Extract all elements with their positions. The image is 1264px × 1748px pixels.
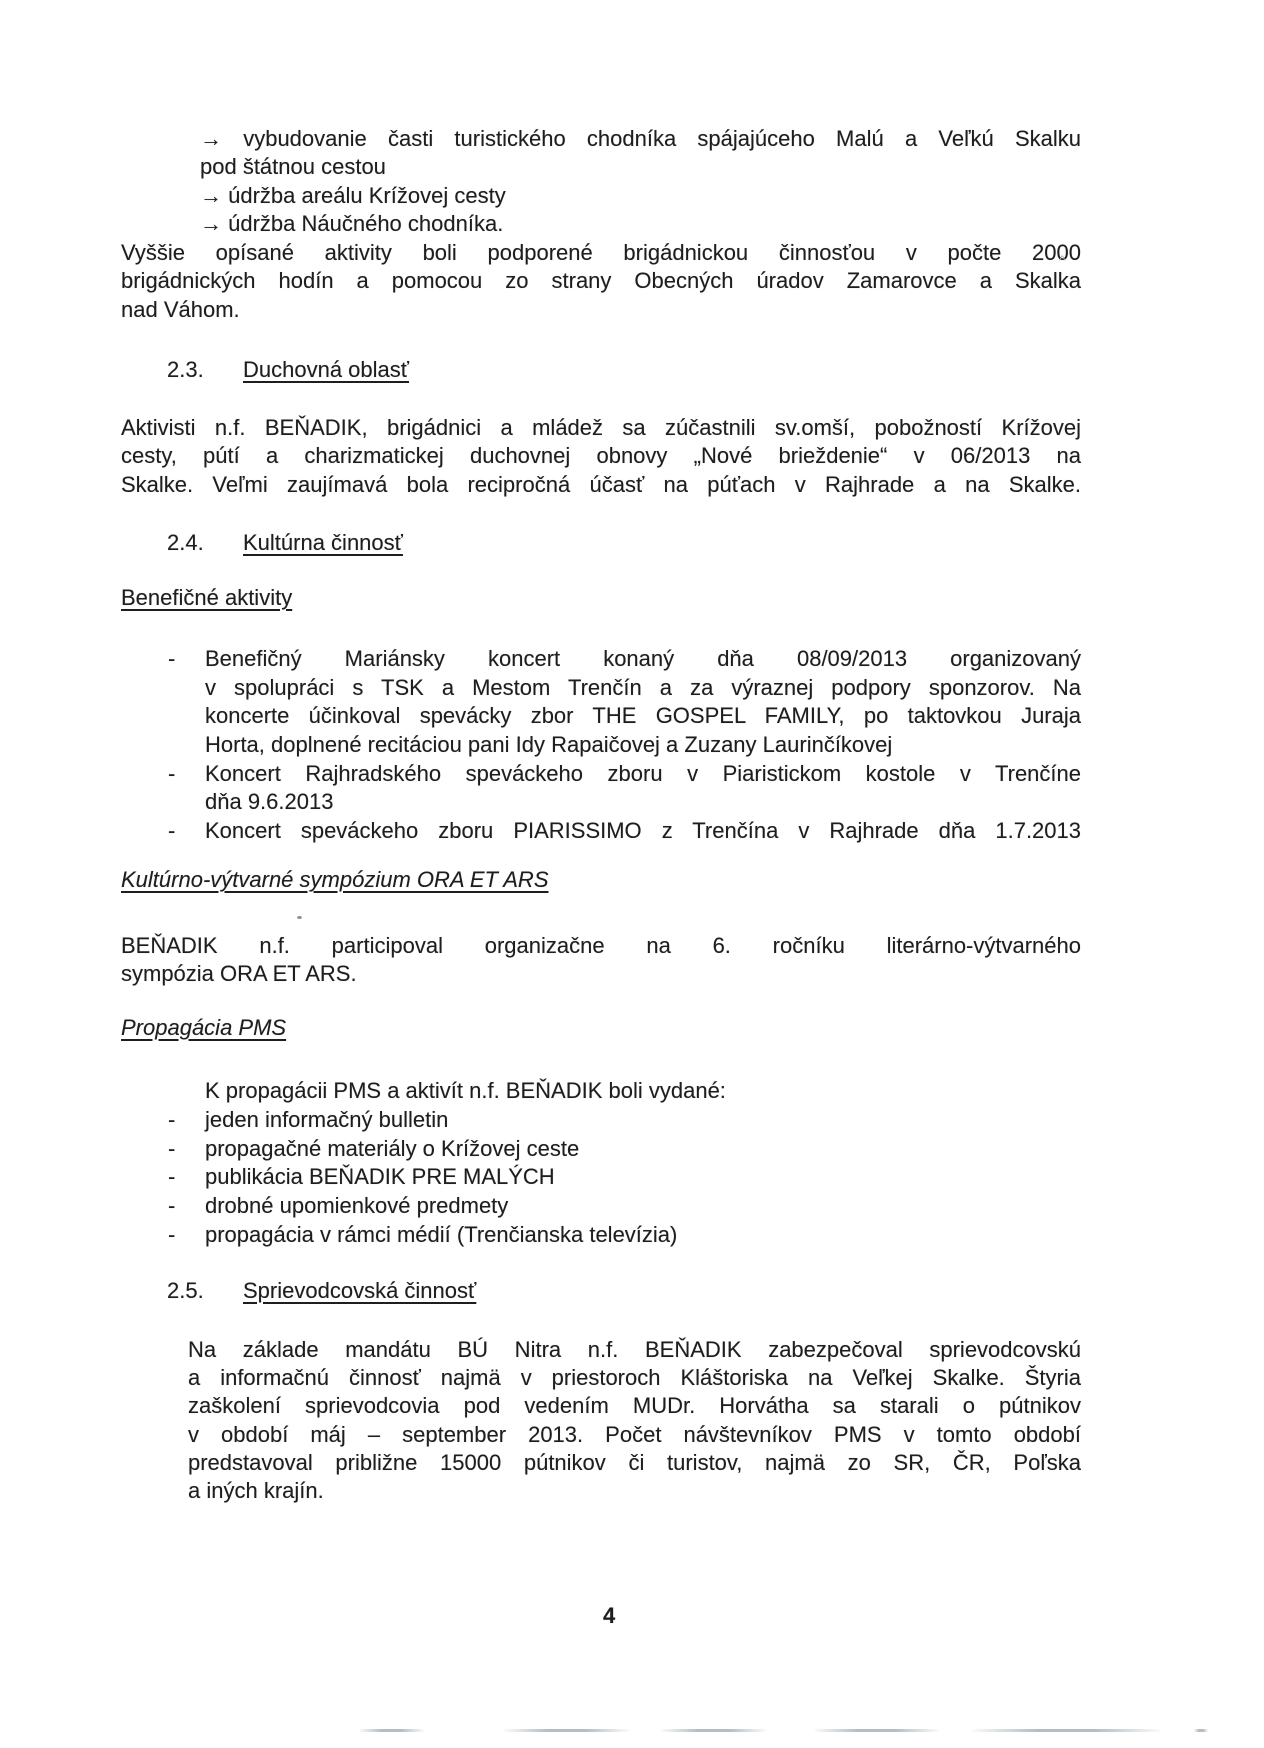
subheading-propagacia: Propagácia PMS xyxy=(121,1014,1081,1043)
subheading-symposium: Kultúrno-výtvarné sympózium ORA ET ARS xyxy=(121,866,1081,895)
section-title: Kultúrna činnosť xyxy=(243,530,403,555)
list-item: jeden informačný bulletin xyxy=(205,1106,1081,1135)
list-intro-line: K propagácii PMS a aktivít n.f. BEŇADIK … xyxy=(205,1077,1081,1106)
scan-artifact-dash xyxy=(504,1729,629,1732)
body-paragraph-line: BEŇADIK n.f. participoval organizačne na… xyxy=(121,932,1081,961)
body-paragraph-line: Skalke. Veľmi zaujímavá bola recipročná … xyxy=(121,471,1081,500)
bullet-item-line: Benefičný Mariánsky koncert konaný dňa 0… xyxy=(205,645,1081,674)
scan-artifact-dash xyxy=(359,1729,424,1732)
arrow-list-item-line: → údržba Náučného chodníka. xyxy=(200,210,1081,239)
bullet-item-line: dňa 9.6.2013 xyxy=(205,788,1081,817)
bullet-item-line: Koncert Rajhradského speváckeho zboru v … xyxy=(205,760,1081,789)
bullet-marker: - xyxy=(168,1106,188,1135)
section-heading-2-3: 2.3.Duchovná oblasť xyxy=(167,356,409,385)
scan-artifact-dash xyxy=(971,1729,1161,1732)
bullet-marker: - xyxy=(168,1135,188,1164)
bullet-marker: - xyxy=(168,817,188,846)
section-number: 2.5. xyxy=(167,1277,243,1306)
subheading-beneficne: Benefičné aktivity xyxy=(121,584,1081,613)
bullet-marker: - xyxy=(168,760,188,789)
bullet-marker: - xyxy=(168,1192,188,1221)
arrow-list-item-line: → vybudovanie časti turistického chodník… xyxy=(200,125,1081,154)
bullet-item-line: Horta, doplnené recitáciou pani Idy Rapa… xyxy=(205,731,1081,760)
body-paragraph-line: Vyššie opísané aktivity boli podporené b… xyxy=(121,239,1081,268)
scan-artifact-dash xyxy=(661,1729,766,1732)
scan-artifact-dash xyxy=(1194,1729,1208,1732)
section-title: Sprievodcovská činnosť xyxy=(243,1278,476,1303)
body-paragraph-line: cesty, pútí a charizmatickej duchovnej o… xyxy=(121,442,1081,471)
section-heading-2-5: 2.5.Sprievodcovská činnosť xyxy=(167,1277,476,1306)
body-paragraph-line: nad Váhom. xyxy=(121,296,1081,325)
arrow-list-item-line: → údržba areálu Krížovej cesty xyxy=(200,182,1081,211)
body-paragraph-line: sympózia ORA ET ARS. xyxy=(121,960,1081,989)
body-paragraph-line: a informačnú činnosť najmä v priestoroch… xyxy=(188,1364,1081,1393)
bullet-item-line: v spolupráci s TSK a Mestom Trenčín a za… xyxy=(205,674,1081,703)
list-item: drobné upomienkové predmety xyxy=(205,1192,1081,1221)
arrow-list-item-line: pod štátnou cestou xyxy=(200,153,1081,182)
section-number: 2.3. xyxy=(167,356,243,385)
section-number: 2.4. xyxy=(167,529,243,558)
body-paragraph-line: Aktivisti n.f. BEŇADIK, brigádnici a mlá… xyxy=(121,414,1081,443)
body-paragraph-line: a iných krajín. xyxy=(188,1477,1081,1506)
list-item: propagačné materiály o Krížovej ceste xyxy=(205,1135,1081,1164)
bullet-item-line: koncerte účinkoval spevácky zbor THE GOS… xyxy=(205,702,1081,731)
list-item: propagácia v rámci médií (Trenčianska te… xyxy=(205,1221,1081,1250)
bullet-marker: - xyxy=(168,1221,188,1250)
section-heading-2-4: 2.4.Kultúrna činnosť xyxy=(167,529,403,558)
bullet-marker: - xyxy=(168,645,188,674)
body-paragraph-line: zaškolení sprievodcovia pod vedením MUDr… xyxy=(188,1392,1081,1421)
body-paragraph-line: predstavoval približne 15000 pútnikov či… xyxy=(188,1449,1081,1478)
page-number: 4 xyxy=(603,1602,615,1631)
list-item: publikácia BEŇADIK PRE MALÝCH xyxy=(205,1163,1081,1192)
bullet-item-line: Koncert speváckeho zboru PIARISSIMO z Tr… xyxy=(205,817,1081,846)
scan-artifact-dot xyxy=(297,916,302,919)
body-paragraph-line: brigádnických hodín a pomocou zo strany … xyxy=(121,267,1081,296)
body-paragraph-line: Na základe mandátu BÚ Nitra n.f. BEŇADIK… xyxy=(188,1336,1081,1365)
body-paragraph-line: v období máj – september 2013. Počet náv… xyxy=(188,1421,1081,1450)
bullet-marker: - xyxy=(168,1163,188,1192)
scan-artifact-dash xyxy=(814,1729,939,1732)
scanned-document-page: → vybudovanie časti turistického chodník… xyxy=(0,0,1264,1748)
scan-artifact-caret: ^ xyxy=(1059,253,1066,267)
section-title: Duchovná oblasť xyxy=(243,357,409,382)
